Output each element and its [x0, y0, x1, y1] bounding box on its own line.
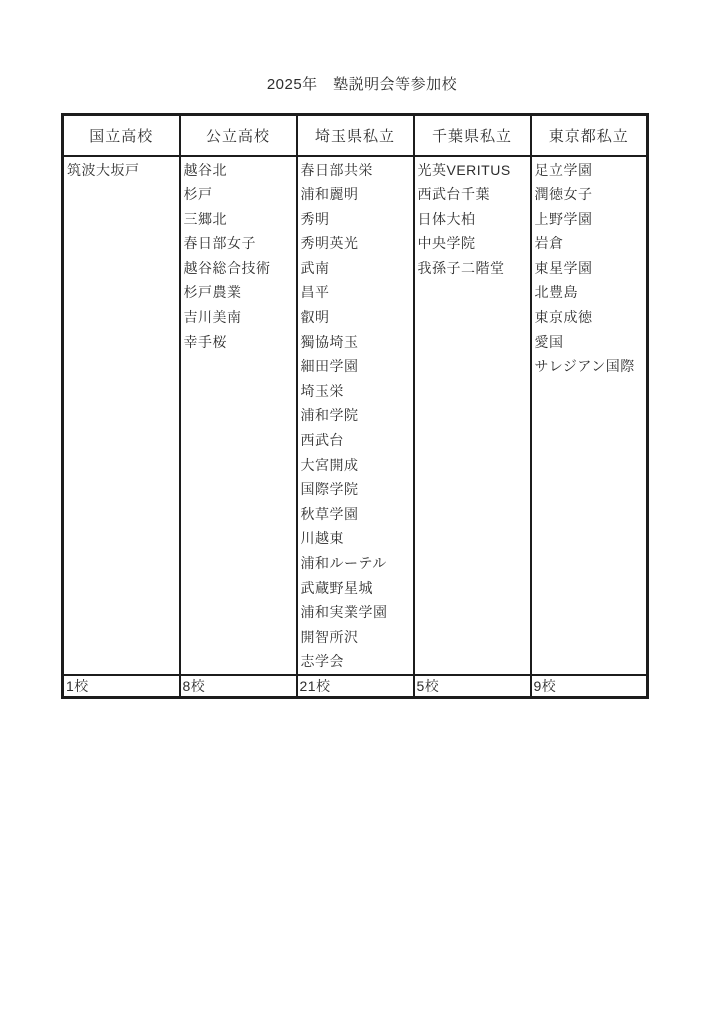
school-item: 国際学院	[301, 477, 411, 502]
column-header-2: 公立高校	[180, 115, 297, 156]
school-item: 愛国	[535, 330, 645, 355]
column-header-4: 千葉県私立	[414, 115, 531, 156]
school-item: 筑波大坂戸	[67, 158, 177, 183]
schools-cell-2: 越谷北杉戸三郷北春日部女子越谷総合技術杉戸農業吉川美南幸手桜	[180, 156, 297, 675]
schools-cell-1: 筑波大坂戸	[63, 156, 180, 675]
count-cell-4: 5校	[414, 675, 531, 698]
count-cell-1: 1校	[63, 675, 180, 698]
school-item: 西武台	[301, 428, 411, 453]
school-item: 日体大柏	[418, 207, 528, 232]
school-item: 岩倉	[535, 231, 645, 256]
count-cell-2: 8校	[180, 675, 297, 698]
school-item: 大宮開成	[301, 453, 411, 478]
schools-cell-4: 光英VERITUS西武台千葉日体大柏中央学院我孫子二階堂	[414, 156, 531, 675]
school-item: 秀明英光	[301, 231, 411, 256]
count-cell-5: 9校	[531, 675, 648, 698]
school-item: 細田学園	[301, 354, 411, 379]
school-item: 浦和実業学園	[301, 600, 411, 625]
school-item: 武南	[301, 256, 411, 281]
school-item: 川越東	[301, 526, 411, 551]
school-item: 武蔵野星城	[301, 576, 411, 601]
schools-cell-5: 足立学園潤徳女子上野学園岩倉東星学園北豊島東京成徳愛国サレジアン国際	[531, 156, 648, 675]
school-item: 杉戸	[184, 182, 294, 207]
school-item: 秀明	[301, 207, 411, 232]
school-item: 杉戸農業	[184, 280, 294, 305]
school-item: 埼玉栄	[301, 379, 411, 404]
school-item: 北豊島	[535, 280, 645, 305]
school-item: 叡明	[301, 305, 411, 330]
school-item: 足立学園	[535, 158, 645, 183]
school-item: 三郷北	[184, 207, 294, 232]
school-item: 越谷総合技術	[184, 256, 294, 281]
count-row: 1校8校21校5校9校	[63, 675, 648, 698]
school-item: 幸手桜	[184, 330, 294, 355]
school-item: 獨協埼玉	[301, 330, 411, 355]
page-title: 2025年 塾説明会等参加校	[0, 73, 724, 94]
school-item: 春日部共栄	[301, 158, 411, 183]
school-item: 浦和学院	[301, 403, 411, 428]
school-item: 越谷北	[184, 158, 294, 183]
school-item: 昌平	[301, 280, 411, 305]
header-row: 国立高校公立高校埼玉県私立千葉県私立東京都私立	[63, 115, 648, 156]
school-item: 中央学院	[418, 231, 528, 256]
column-header-3: 埼玉県私立	[297, 115, 414, 156]
school-item: 上野学園	[535, 207, 645, 232]
school-item: 東星学園	[535, 256, 645, 281]
schools-cell-3: 春日部共栄浦和麗明秀明秀明英光武南昌平叡明獨協埼玉細田学園埼玉栄浦和学院西武台大…	[297, 156, 414, 675]
document-page: { "page": { "title": "2025年 塾説明会等参加校" },…	[0, 0, 724, 1024]
school-item: 秋草学園	[301, 502, 411, 527]
school-item: 東京成徳	[535, 305, 645, 330]
schools-table: 国立高校公立高校埼玉県私立千葉県私立東京都私立 筑波大坂戸越谷北杉戸三郷北春日部…	[61, 113, 649, 699]
body-row: 筑波大坂戸越谷北杉戸三郷北春日部女子越谷総合技術杉戸農業吉川美南幸手桜春日部共栄…	[63, 156, 648, 675]
school-item: 浦和ルーテル	[301, 551, 411, 576]
school-item: 西武台千葉	[418, 182, 528, 207]
column-header-5: 東京都私立	[531, 115, 648, 156]
school-item: 潤徳女子	[535, 182, 645, 207]
school-item: 春日部女子	[184, 231, 294, 256]
school-item: 開智所沢	[301, 625, 411, 650]
school-item: 光英VERITUS	[418, 158, 528, 183]
school-item: 浦和麗明	[301, 182, 411, 207]
column-header-1: 国立高校	[63, 115, 180, 156]
count-cell-3: 21校	[297, 675, 414, 698]
school-item: サレジアン国際	[535, 354, 645, 379]
school-item: 吉川美南	[184, 305, 294, 330]
school-item: 我孫子二階堂	[418, 256, 528, 281]
school-item: 志学会	[301, 649, 411, 674]
